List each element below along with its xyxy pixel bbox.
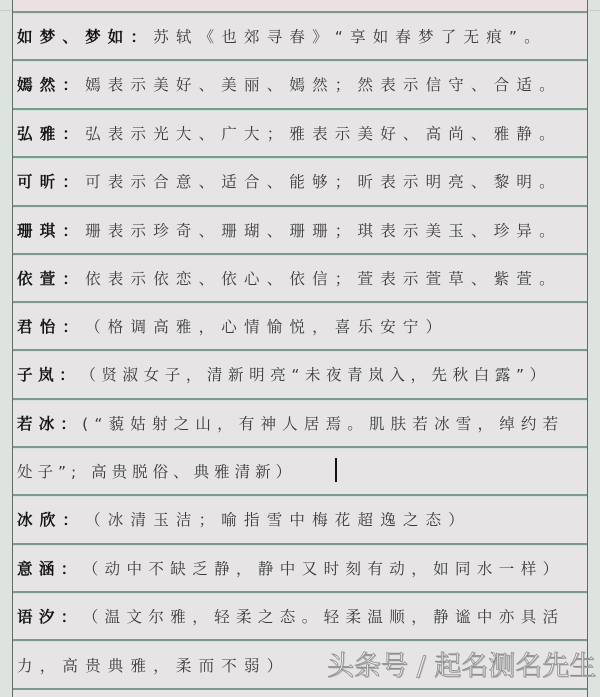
name-meaning: （贤淑女子，清新明亮“未夜青岚入，先秋白露”）	[80, 363, 550, 385]
name-meaning: （温文尔雅，轻柔之态。轻柔温顺，静谧中亦具活	[83, 605, 565, 627]
name-entry-row[interactable]: 嫣然：嫣表示美好、美丽、嫣然；然表示信守、合适。	[13, 59, 587, 107]
name-entry-row[interactable]: 语汐：（温文尔雅，轻柔之态。轻柔温顺，静谧中亦具活	[13, 591, 587, 639]
name-label: 君怡：	[17, 315, 85, 337]
name-label: 冰欣：	[17, 508, 85, 530]
watermark: 头条号 / 起名测名先生	[327, 644, 596, 683]
name-meaning: 可表示合意、适合、能够；昕表示明亮、黎明。	[85, 170, 562, 192]
name-meaning: 珊表示珍奇、珊瑚、珊珊；琪表示美玉、珍异。	[85, 219, 562, 241]
name-meaning: 处子”; 高贵脱俗、典雅清新）	[17, 460, 296, 482]
name-meaning: 苏轼《也郊寻春》“享如春梦了无痕”。	[153, 25, 547, 47]
name-label: 嫣然：	[17, 73, 85, 95]
name-label: 可昕：	[17, 170, 85, 192]
name-entry-row[interactable]: 若冰：(“藐姑射之山，有神人居焉。肌肤若冰雪，绰约若	[13, 398, 587, 446]
name-meaning: 弘表示光大、广大；雅表示美好、高尚、雅静。	[85, 122, 562, 144]
name-entry-row[interactable]: 如梦、梦如：苏轼《也郊寻春》“享如春梦了无痕”。	[13, 11, 587, 59]
name-label: 弘雅：	[17, 122, 85, 144]
name-entry-row[interactable]: 弘雅：弘表示光大、广大；雅表示美好、高尚、雅静。	[13, 108, 587, 156]
text-cursor	[335, 458, 337, 482]
bottom-rule	[13, 688, 587, 690]
name-label: 子岚：	[17, 363, 80, 385]
name-entry-row[interactable]: 可昕：可表示合意、适合、能够；昕表示明亮、黎明。	[13, 156, 587, 204]
name-meaning: （格调高雅，心情愉悦，喜乐安宁）	[85, 315, 448, 337]
name-meaning: 依表示依恋、依心、依信；萱表示萱草、紫萱。	[85, 267, 562, 289]
name-label: 语汐：	[17, 605, 83, 627]
name-entry-row[interactable]: 子岚：（贤淑女子，清新明亮“未夜青岚入，先秋白露”）	[13, 349, 587, 397]
name-label: 依萱：	[17, 267, 85, 289]
previous-row-remnant	[13, 0, 587, 11]
name-entry-row[interactable]: 依萱：依表示依恋、依心、依信；萱表示萱草、紫萱。	[13, 253, 587, 301]
name-meaning: 力，高贵典雅，柔而不弱）	[17, 654, 289, 676]
document-page[interactable]: 如梦、梦如：苏轼《也郊寻春》“享如春梦了无痕”。 嫣然：嫣表示美好、美丽、嫣然；…	[12, 0, 588, 697]
name-entry-continuation-row[interactable]: 处子”; 高贵脱俗、典雅清新）	[13, 446, 587, 494]
name-meaning: （冰清玉洁；喻指雪中梅花超逸之态）	[85, 508, 471, 530]
name-entry-row[interactable]: 冰欣：（冰清玉洁；喻指雪中梅花超逸之态）	[13, 494, 587, 542]
name-label: 珊琪：	[17, 219, 85, 241]
name-entry-row[interactable]: 君怡：（格调高雅，心情愉悦，喜乐安宁）	[13, 301, 587, 349]
name-meaning: 嫣表示美好、美丽、嫣然；然表示信守、合适。	[85, 73, 562, 95]
name-label: 意涵：	[17, 557, 83, 579]
name-label: 如梦、梦如：	[17, 25, 153, 47]
name-meaning: （动中不缺乏静，静中又时刻有动，如同水一样）	[83, 557, 565, 579]
name-label: 若冰：	[17, 412, 82, 434]
name-entry-row[interactable]: 珊琪：珊表示珍奇、珊瑚、珊珊；琪表示美玉、珍异。	[13, 205, 587, 253]
name-entry-row[interactable]: 意涵：（动中不缺乏静，静中又时刻有动，如同水一样）	[13, 543, 587, 591]
name-meaning: (“藐姑射之山，有神人居焉。肌肤若冰雪，绰约若	[82, 412, 564, 434]
